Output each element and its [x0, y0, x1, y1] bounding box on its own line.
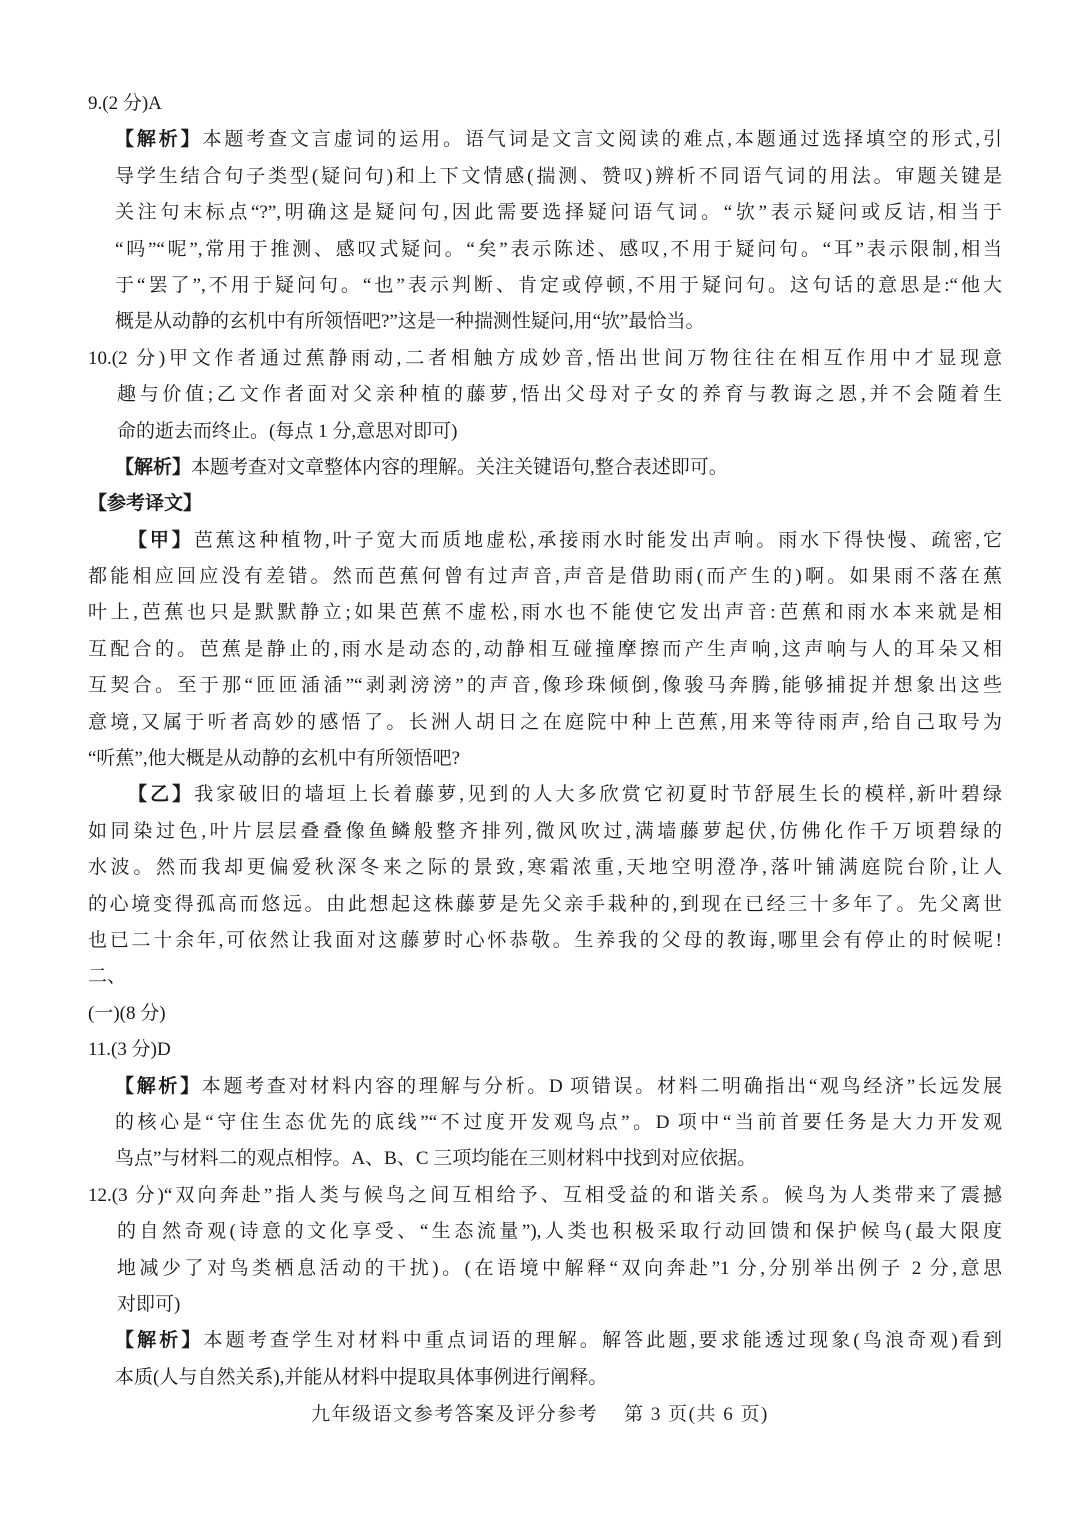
answer-item-10: 10.(2 分)甲文作者通过蕉静雨动,二者相触方成妙音,悟出世间万物往往在相互作…	[88, 341, 1002, 450]
block-label: 【解析】	[115, 1330, 204, 1351]
analysis-11: 【解析】本题考查对材料内容的理解与分析。D 项错误。材料二明确指出“观鸟经济”长…	[88, 1069, 1002, 1178]
text-line: “吗”“呢”,常用于推测、感叹式疑问。“矣”表示陈述、感叹,不用于疑问句。“耳”…	[115, 232, 1002, 268]
text-line: 叶上,芭蕉也只是默默静立;如果芭蕉不虚松,雨水也不能使它发出声音:芭蕉和雨水本来…	[88, 595, 1002, 631]
text-line: 互契合。至于那“匝匝㴙㴙”“剥剥滂滂”的声音,像珍珠倾倒,像骏马奔腾,能够捕捉并…	[88, 668, 1002, 704]
document-page: 9.(2 分)A【解析】本题考查文言虚词的运用。语气词是文言文阅读的难点,本题通…	[0, 0, 1080, 1518]
text-line: 意境,又属于听者高妙的感悟了。长洲人胡日之在庭院中种上芭蕉,用来等待雨声,给自己…	[88, 705, 1002, 741]
part-one-score: (一)(8 分)	[88, 996, 1002, 1032]
block-label: 【解析】	[115, 457, 191, 478]
text-line: 地减少了对鸟类栖息活动的干扰)。(在语境中解释“双向奔赴”1 分,分别举出例子 …	[117, 1251, 1002, 1287]
text-line: 如同染过色,叶片层层叠叠像鱼鳞般整齐排列,微风吹过,满墙藤萝起伏,仿佛化作千万顷…	[88, 814, 1002, 850]
text-line: 9.(2 分)A	[88, 86, 1002, 122]
text-line: (一)(8 分)	[88, 996, 1002, 1032]
text-line: 12.(3 分)“双向奔赴”指人类与候鸟之间互相给予、互相受益的和谐关系。候鸟为…	[88, 1178, 1002, 1214]
text-line: 【解析】本题考查对材料内容的理解与分析。D 项错误。材料二明确指出“观鸟经济”长…	[115, 1069, 1002, 1105]
text-line: 【乙】我家破旧的墙垣上长着藤萝,见到的人大多欣赏它初夏时节舒展生长的模样,新叶碧…	[88, 777, 1002, 813]
analysis-12: 【解析】本题考查学生对材料中重点词语的理解。解答此题,要求能透过现象(鸟浪奇观)…	[88, 1323, 1002, 1396]
text-line: 【甲】芭蕉这种植物,叶子宽大而质地虚松,承接雨水时能发出声响。雨水下得快慢、疏密…	[88, 523, 1002, 559]
text-line: 【参考译文】	[88, 486, 1002, 522]
footer-title: 九年级语文参考答案及评分参考	[311, 1404, 598, 1425]
text-line: 命的逝去而终止。(每点 1 分,意思对即可)	[117, 414, 1002, 450]
text-line: 对即可)	[117, 1287, 1002, 1323]
text-line: 的心境变得孤高而悠远。由此想起这株藤萝是先父亲手栽种的,到现在已经三十多年了。先…	[88, 887, 1002, 923]
analysis-9: 【解析】本题考查文言虚词的运用。语气词是文言文阅读的难点,本题通过选择填空的形式…	[88, 122, 1002, 340]
page-footer: 九年级语文参考答案及评分参考第 3 页(共 6 页)	[0, 1398, 1080, 1432]
text-line: 导学生结合句子类型(疑问句)和上下文情感(揣测、赞叹)辨析不同语气词的用法。审题…	[115, 159, 1002, 195]
translation-jia: 【甲】芭蕉这种植物,叶子宽大而质地虚松,承接雨水时能发出声响。雨水下得快慢、疏密…	[88, 523, 1002, 778]
analysis-10: 【解析】本题考查对文章整体内容的理解。关注关键语句,整合表述即可。	[88, 450, 1002, 486]
answer-item-9: 9.(2 分)A	[88, 86, 1002, 122]
text-line: 【解析】本题考查学生对材料中重点词语的理解。解答此题,要求能透过现象(鸟浪奇观)…	[115, 1323, 1002, 1359]
text-line: 二、	[88, 959, 1002, 995]
text-line: 本质(人与自然关系),并能从材料中提取具体事例进行阐释。	[115, 1360, 1002, 1396]
reference-translation-heading: 【参考译文】	[88, 486, 1002, 522]
block-label: 【参考译文】	[88, 493, 202, 514]
section-two-label: 二、	[88, 959, 1002, 995]
text-line: 的自然奇观(诗意的文化享受、“生态流量”),人类也积极采取行动回馈和保护候鸟(最…	[117, 1214, 1002, 1250]
text-line: 鸟点”与材料二的观点相悖。A、B、C 三项均能在三则材料中找到对应依据。	[115, 1141, 1002, 1177]
answer-item-12: 12.(3 分)“双向奔赴”指人类与候鸟之间互相给予、互相受益的和谐关系。候鸟为…	[88, 1178, 1002, 1324]
text-line: 趣与价值;乙文作者面对父亲种植的藤萝,悟出父母对子女的养育与教诲之恩,并不会随着…	[117, 377, 1002, 413]
text-line: 也已二十余年,可依然让我面对这藤萝时心怀恭敬。生养我的父母的教诲,哪里会有停止的…	[88, 923, 1002, 959]
text-line: 11.(3 分)D	[88, 1032, 1002, 1068]
text-line: 【解析】本题考查对文章整体内容的理解。关注关键语句,整合表述即可。	[115, 450, 1002, 486]
block-label: 【解析】	[115, 1076, 202, 1097]
translation-yi: 【乙】我家破旧的墙垣上长着藤萝,见到的人大多欣赏它初夏时节舒展生长的模样,新叶碧…	[88, 777, 1002, 959]
document-body: 9.(2 分)A【解析】本题考查文言虚词的运用。语气词是文言文阅读的难点,本题通…	[88, 86, 1002, 1396]
text-line: 于“罢了”,不用于疑问句。“也”表示判断、肯定或停顿,不用于疑问句。这句话的意思…	[115, 268, 1002, 304]
text-line: 互配合的。芭蕉是静止的,雨水是动态的,动静相互碰撞摩擦而产生声响,这声响与人的耳…	[88, 632, 1002, 668]
text-line: 的核心是“守住生态优先的底线”“不过度开发观鸟点”。D 项中“当前首要任务是大力…	[115, 1105, 1002, 1141]
block-label: 【乙】	[128, 784, 194, 805]
text-line: 都能相应回应没有差错。然而芭蕉何曾有过声音,声音是借助雨(而产生的)啊。如果雨不…	[88, 559, 1002, 595]
text-line: 关注句末标点“?”,明确这是疑问句,因此需要选择疑问语气词。“欤”表示疑问或反诘…	[115, 195, 1002, 231]
text-line: 水波。然而我却更偏爱秋深冬来之际的景致,寒霜浓重,天地空明澄净,落叶铺满庭院台阶…	[88, 850, 1002, 886]
text-line: 【解析】本题考查文言虚词的运用。语气词是文言文阅读的难点,本题通过选择填空的形式…	[115, 122, 1002, 158]
text-line: 概是从动静的玄机中有所领悟吧?”这是一种揣测性疑问,用“欤”最恰当。	[115, 304, 1002, 340]
block-label: 【甲】	[128, 530, 194, 551]
text-line: 10.(2 分)甲文作者通过蕉静雨动,二者相触方成妙音,悟出世间万物往往在相互作…	[88, 341, 1002, 377]
text-line: “听蕉”,他大概是从动静的玄机中有所领悟吧?	[88, 741, 1002, 777]
block-label: 【解析】	[115, 129, 202, 150]
footer-page-number: 第 3 页(共 6 页)	[624, 1404, 769, 1425]
answer-item-11: 11.(3 分)D	[88, 1032, 1002, 1068]
